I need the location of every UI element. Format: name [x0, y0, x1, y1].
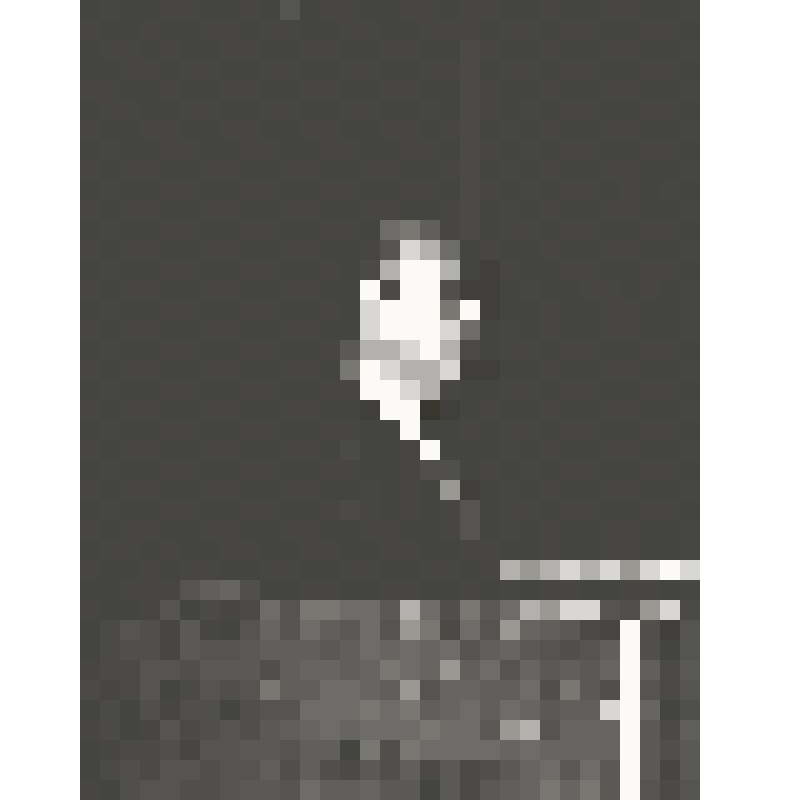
photo-viewer: Heavily pixelated grayscale photograph: …	[0, 0, 800, 800]
pixelated-photo-canvas	[0, 0, 800, 800]
